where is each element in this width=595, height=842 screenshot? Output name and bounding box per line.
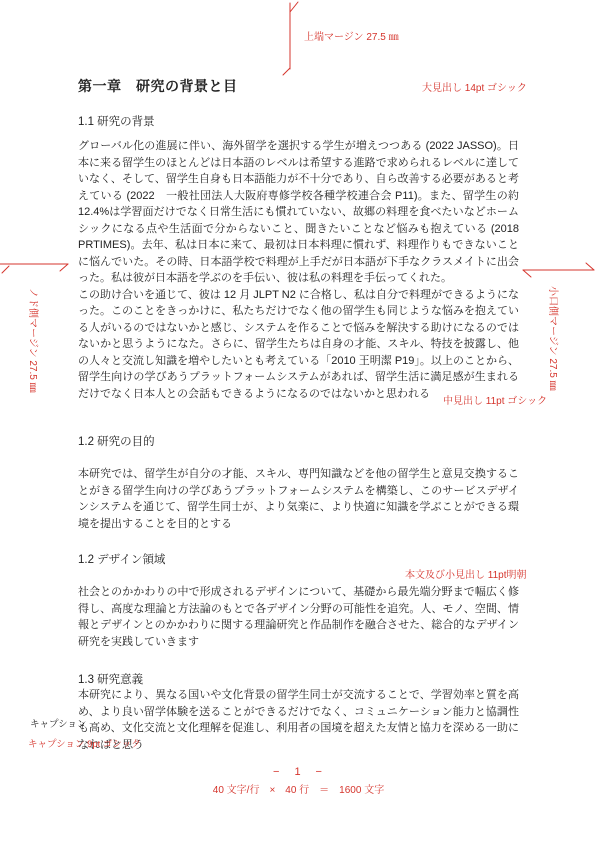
top-margin-label: 上端マージン 27.5 ㎜ — [304, 28, 399, 43]
gutter-margin-arrowhead-left — [2, 266, 9, 273]
section-heading-1-1: 1.1 研究の背景 — [78, 113, 155, 129]
large-heading-spec-label: 大見出し 14pt ゴシック — [422, 79, 527, 94]
section-body-1-2-purpose: 本研究では、留学生が自分の才能、スキル、専門知識などを他の留学生と意見交換するこ… — [78, 466, 519, 532]
paragraph: 本研究により、異なる国いや文化背景の留学生同士が交流することで、学習効率と質を高… — [78, 687, 519, 753]
gutter-margin-label: ノド側マージン 27.5 ㎜ — [27, 288, 42, 393]
section-body-1-3: 本研究により、異なる国いや文化背景の留学生同士が交流することで、学習効率と質を高… — [78, 687, 519, 753]
section-body-1-1: グローバル化の進展に伴い、海外留学を選択する学生が増えつつある (2022 JA… — [78, 138, 519, 402]
paragraph: 社会とのかかわりの中で形成されるデザインについて、基礎から最先端分野まで幅広く修… — [78, 584, 519, 650]
fore-edge-margin-label: 小口側マージン 27.5 ㎜ — [547, 286, 562, 391]
grid-spec-label: 40 文字/行 × 40 行 ＝ 1600 文字 — [78, 781, 519, 796]
mid-heading-spec-label: 中見出し 11pt ゴシック — [443, 392, 547, 407]
page-number: − 1 − — [78, 763, 519, 779]
caption-spec-label: キャプション 9pt ゴシック — [28, 736, 141, 750]
section-heading-1-2-purpose: 1.2 研究の目的 — [78, 433, 155, 449]
caption-sample: キャプション — [30, 716, 86, 730]
paragraph: グローバル化の進展に伴い、海外留学を選択する学生が増えつつある (2022 JA… — [78, 138, 519, 287]
fore-edge-margin-arrowhead-right — [586, 263, 594, 270]
gutter-margin-arrowhead-right — [60, 264, 68, 271]
paragraph: 本研究では、留学生が自分の才能、スキル、専門知識などを他の留学生と意見交換するこ… — [78, 466, 519, 532]
fore-edge-margin-arrowhead-left — [523, 270, 531, 277]
chapter-title: 第一章 研究の背景と目 — [78, 76, 238, 96]
top-margin-arrowhead-top — [290, 2, 298, 12]
section-heading-1-2-design: 1.2 デザイン領域 — [78, 551, 165, 567]
paragraph: この助け合いを通じて、彼は 12 月 JLPT N2 に合格し、私は自分で料理が… — [78, 287, 519, 403]
section-heading-1-3: 1.3 研究意義 — [78, 671, 143, 687]
top-margin-arrowhead-bottom — [283, 68, 290, 75]
manuscript-page: 上端マージン 27.5 ㎜ ノド側マージン 27.5 ㎜ 小口側マージン 27.… — [0, 0, 595, 842]
body-spec-label: 本文及び小見出し 11pt明朝 — [405, 566, 527, 581]
section-body-1-2-design: 社会とのかかわりの中で形成されるデザインについて、基礎から最先端分野まで幅広く修… — [78, 584, 519, 650]
